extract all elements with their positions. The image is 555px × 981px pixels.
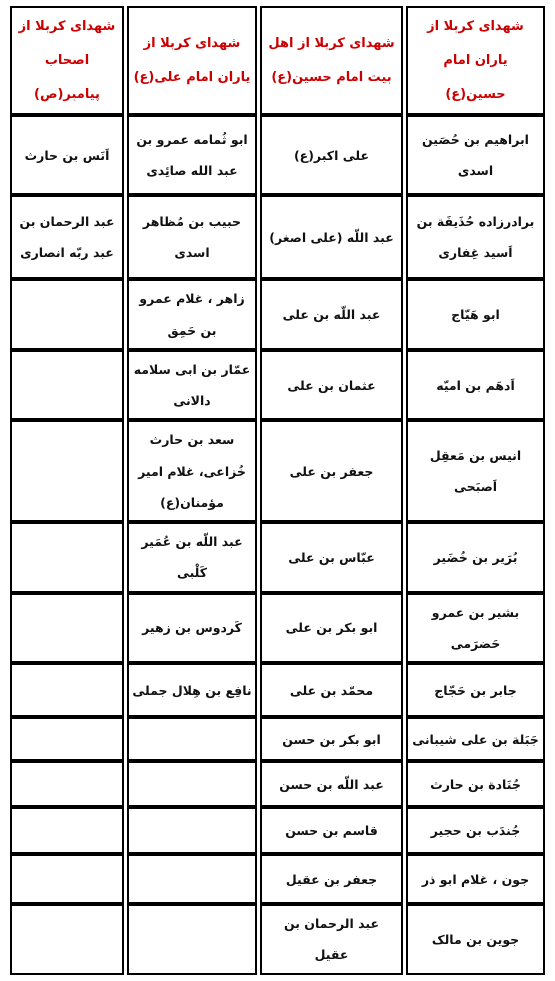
table-row: جابر بن حَجّاج محمّد بن علی نافِع بن هِل… — [10, 663, 545, 717]
table-cell: بُرَیر بن خُضَیر — [406, 522, 545, 593]
header-ahl-bayt: شهدای کربلا از اهل بیت امام حسین(ع) — [260, 6, 403, 115]
table-row: بُرَیر بن خُضَیر عبّاس بن علی عبد اللّه … — [10, 522, 545, 593]
table-cell: نافِع بن هِلال جملی — [127, 663, 257, 717]
table-cell: جُندَب بن حجیر — [406, 807, 545, 854]
table-cell: عبد الرحمان بن عبد ربّه انصاری — [10, 195, 124, 279]
table-cell — [127, 717, 257, 761]
table-cell — [127, 854, 257, 904]
table-cell: عبّاس بن علی — [260, 522, 403, 593]
table-cell: کَردوس بن زهیر — [127, 593, 257, 664]
header-yaran-hossein: شهدای کربلا از یاران امام حسین(ع) — [406, 6, 545, 115]
table-cell: عبد اللّه (علی اصغر) — [260, 195, 403, 279]
table-cell — [10, 663, 124, 717]
table-cell — [10, 761, 124, 807]
table-cell: جَبَلة بن علی شیبانی — [406, 717, 545, 761]
table-cell: ابو بکر بن علی — [260, 593, 403, 664]
header-row: شهدای کربلا از یاران امام حسین(ع) شهدای … — [10, 6, 545, 115]
table-cell: سعد بن حارث خُزاعی، غلام امیر مؤمنان(ع) — [127, 420, 257, 522]
table-cell: عثمان بن علی — [260, 350, 403, 421]
table-row: برادرزاده حُذَیفَة بن اَسید غِفاری عبد ا… — [10, 195, 545, 279]
table-cell: ابو بکر بن حسن — [260, 717, 403, 761]
table-cell: قاسم بن حسن — [260, 807, 403, 854]
table-cell: عبد اللّه بن حسن — [260, 761, 403, 807]
table-cell: جابر بن حَجّاج — [406, 663, 545, 717]
table-cell: جُنَادة بن حارث — [406, 761, 545, 807]
table-row: ابو هَیّاج عبد اللّه بن علی زاهر ، غلام … — [10, 279, 545, 350]
table-cell: ابو ثُمامه عمرو بن عبد الله صائِدی — [127, 115, 257, 195]
table-row: جُنَادة بن حارث عبد اللّه بن حسن — [10, 761, 545, 807]
karbala-martyrs-table: شهدای کربلا از یاران امام حسین(ع) شهدای … — [7, 6, 548, 975]
table-cell — [10, 904, 124, 975]
table-cell — [10, 717, 124, 761]
header-yaran-ali: شهدای کربلا از یاران امام علی(ع) — [127, 6, 257, 115]
table-cell: عبد اللّه بن علی — [260, 279, 403, 350]
table-cell — [10, 522, 124, 593]
table-cell: اَدهَم بن امیّه — [406, 350, 545, 421]
table-cell: انیس بن مَعقِل اَصبَحی — [406, 420, 545, 522]
table-cell: زاهر ، غلام عمرو بن حَمِق — [127, 279, 257, 350]
table-cell — [127, 904, 257, 975]
table-cell: جعفر بن عقیل — [260, 854, 403, 904]
table-cell: ابو هَیّاج — [406, 279, 545, 350]
table-row: اَدهَم بن امیّه عثمان بن علی عمّار بن اب… — [10, 350, 545, 421]
table-row: جوین بن مالک عبد الرحمان بن عقیل — [10, 904, 545, 975]
table-cell — [10, 593, 124, 664]
table-cell: عمّار بن ابی سلامه دالانی — [127, 350, 257, 421]
table-cell: علی اکبر(ع) — [260, 115, 403, 195]
table-row: انیس بن مَعقِل اَصبَحی جعفر بن علی سعد ب… — [10, 420, 545, 522]
table-cell — [10, 807, 124, 854]
table-cell — [10, 350, 124, 421]
table-cell — [10, 279, 124, 350]
table-cell: جعفر بن علی — [260, 420, 403, 522]
table-cell: ابراهیم بن حُصَین اسدی — [406, 115, 545, 195]
table-cell — [10, 420, 124, 522]
header-ashab-payambar: شهدای کربلا از اصحاب پیامبر(ص) — [10, 6, 124, 115]
document-page: شهدای کربلا از یاران امام حسین(ع) شهدای … — [0, 0, 555, 981]
table-cell: بشیر بن عمرو حَضرَمی — [406, 593, 545, 664]
table-row: بشیر بن عمرو حَضرَمی ابو بکر بن علی کَرد… — [10, 593, 545, 664]
table-row: ابراهیم بن حُصَین اسدی علی اکبر(ع) ابو ث… — [10, 115, 545, 195]
table-cell — [127, 807, 257, 854]
table-cell: عبد اللّه بن عُمَیر کَلْبی — [127, 522, 257, 593]
table-row: جُندَب بن حجیر قاسم بن حسن — [10, 807, 545, 854]
table-row: جون ، غلام ابو ذر جعفر بن عقیل — [10, 854, 545, 904]
table-cell — [10, 854, 124, 904]
table-row: جَبَلة بن علی شیبانی ابو بکر بن حسن — [10, 717, 545, 761]
table-cell: برادرزاده حُذَیفَة بن اَسید غِفاری — [406, 195, 545, 279]
table-cell: جوین بن مالک — [406, 904, 545, 975]
table-cell — [127, 761, 257, 807]
table-cell: عبد الرحمان بن عقیل — [260, 904, 403, 975]
table-cell: حبیب بن مُظاهر اسدی — [127, 195, 257, 279]
table-cell: محمّد بن علی — [260, 663, 403, 717]
table-cell: جون ، غلام ابو ذر — [406, 854, 545, 904]
table-cell: اَنَس بن حارث — [10, 115, 124, 195]
